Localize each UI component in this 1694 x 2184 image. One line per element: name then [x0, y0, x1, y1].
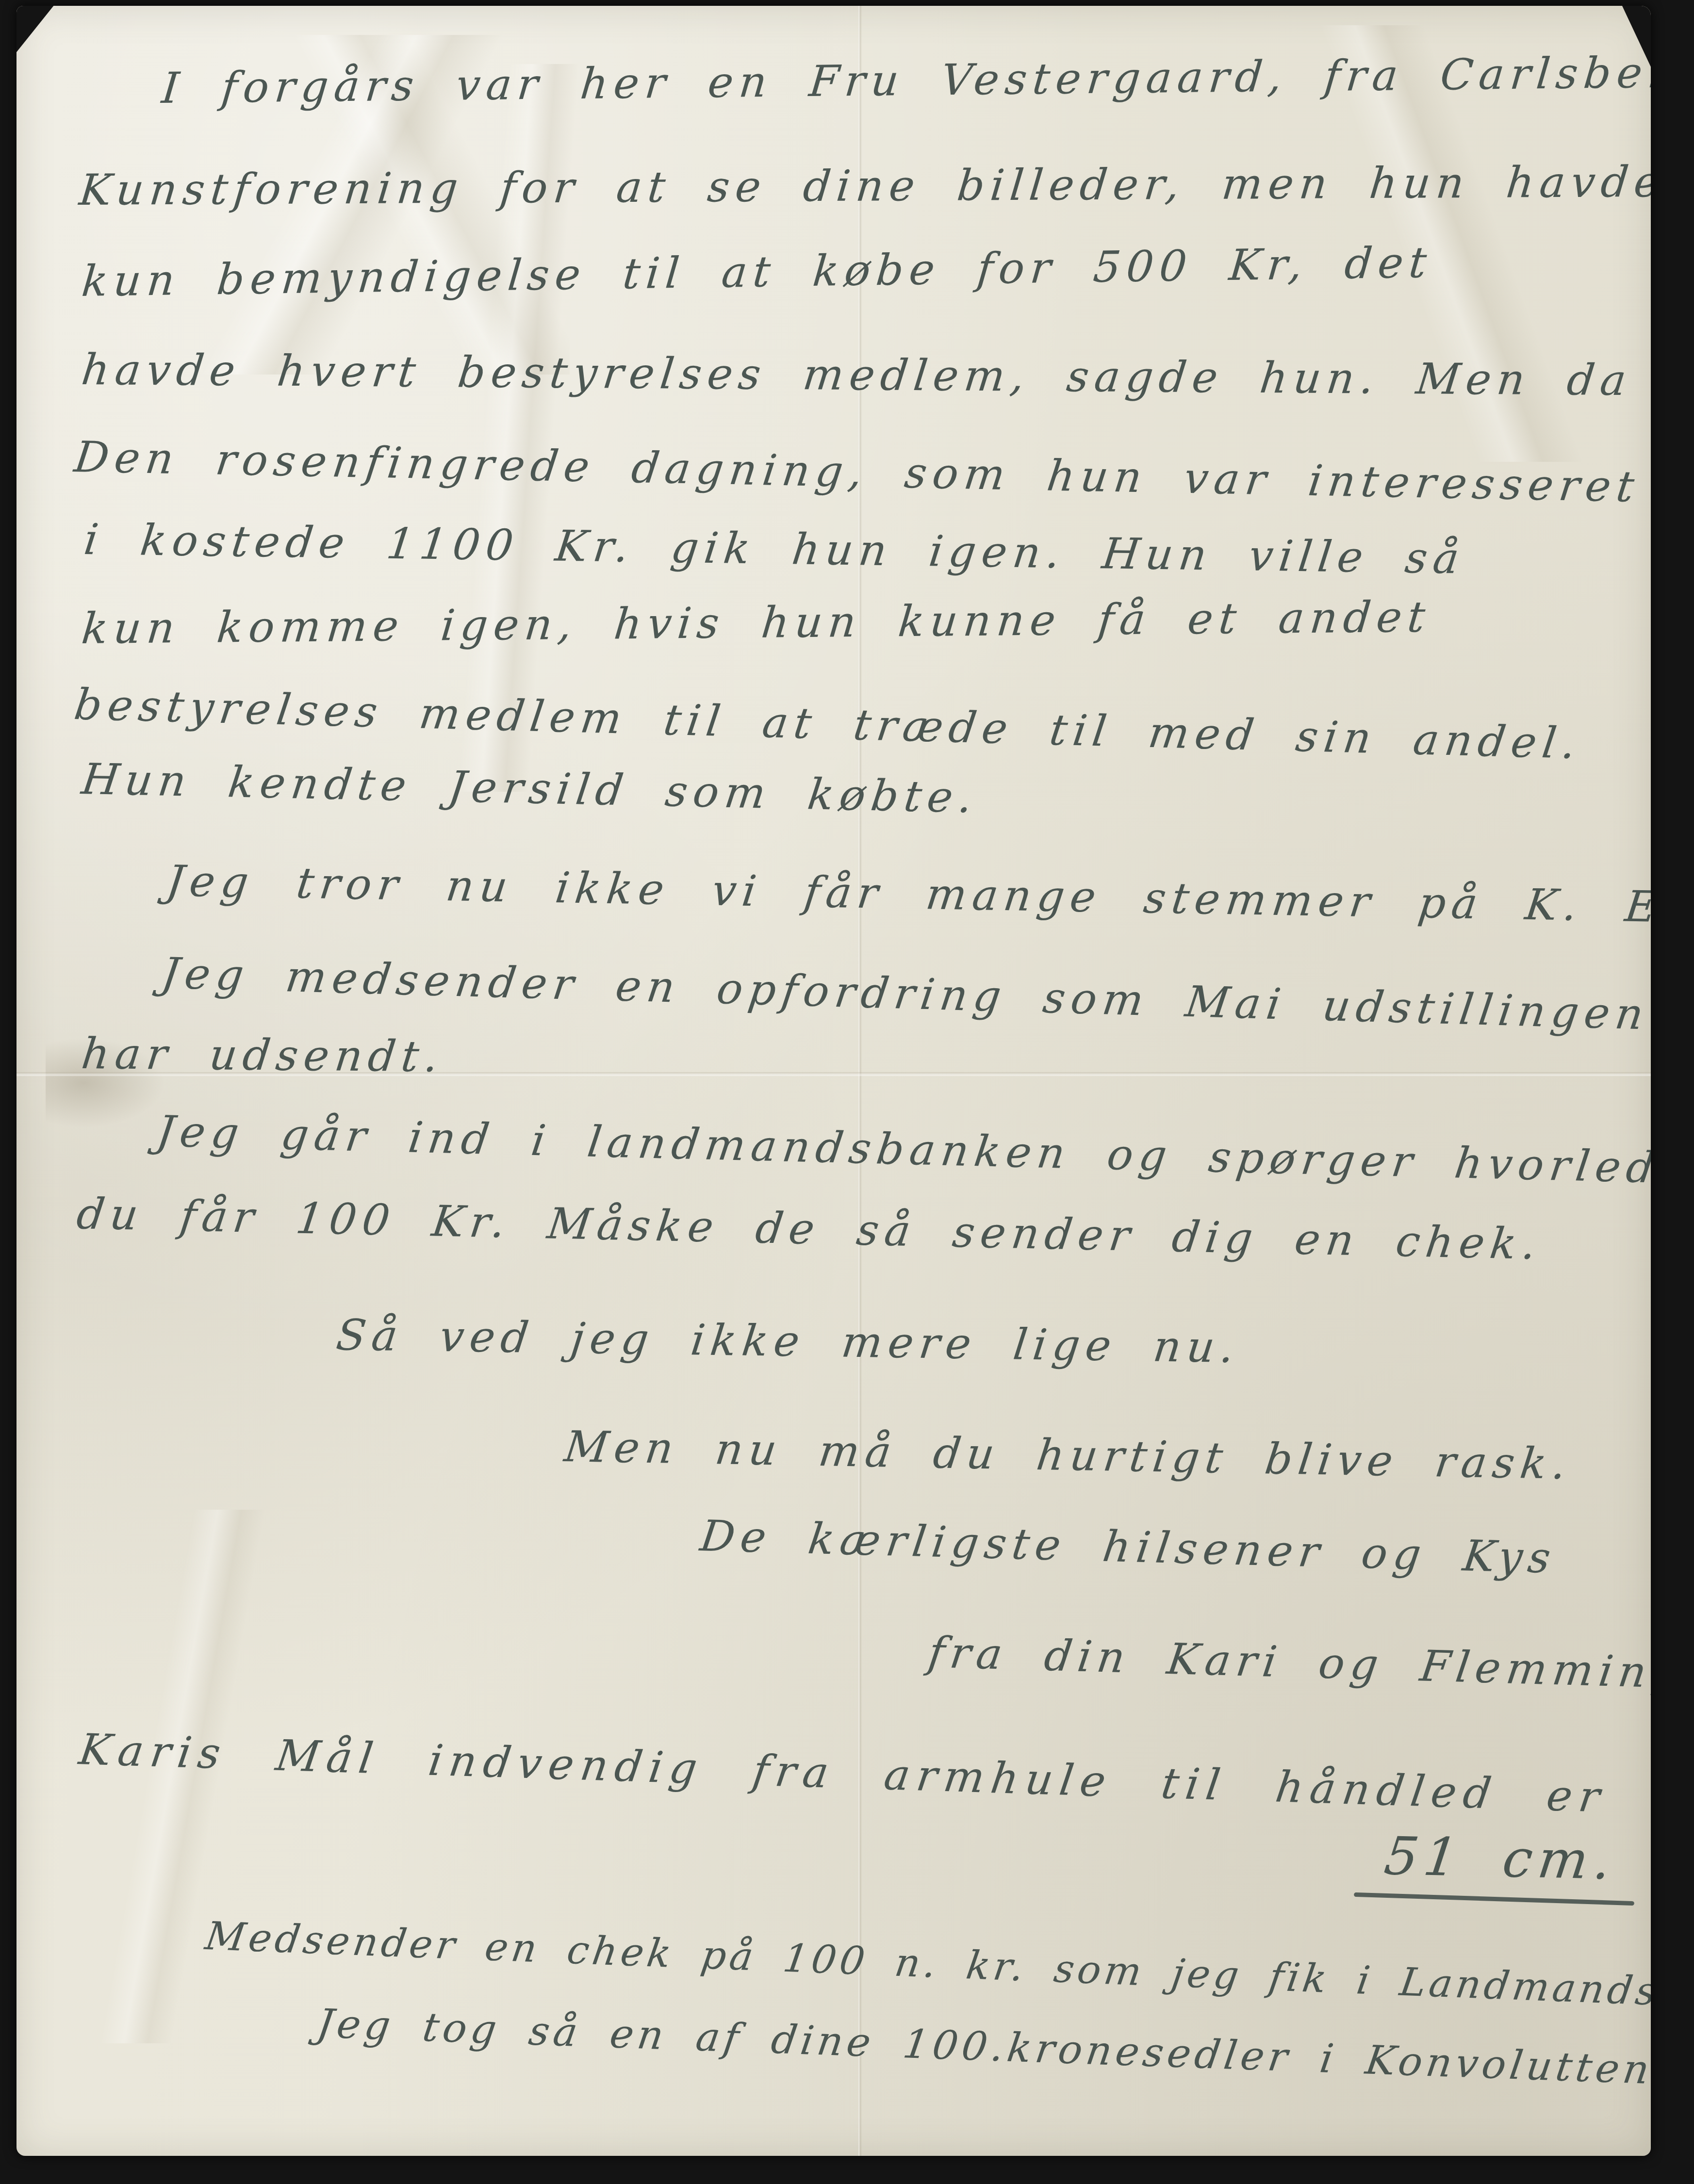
ink-underline-51cm: [1354, 1892, 1634, 1906]
letter-line: fra din Kari og Flemming: [925, 1627, 1651, 1698]
letter-paper: I forgårs var her en Fru Vestergaard, fr…: [16, 6, 1651, 2156]
letter-line: kun komme igen, hvis hun kunne få et and…: [80, 592, 1433, 653]
letter-line: Men nu må du hurtigt blive rask.: [562, 1421, 1575, 1489]
vertical-fold-crease: [858, 6, 862, 2156]
letter-line: bestyrelses medlem til at træde til med …: [71, 679, 1584, 768]
corner-fold-top-left: [16, 6, 54, 53]
letter-line: Medsender en chek på 100 n. kr. som jeg …: [202, 1913, 1651, 2016]
letter-line: har udsendt.: [79, 1028, 446, 1081]
letter-line: Jeg går ind i landmandsbanken og spørger…: [154, 1106, 1651, 1194]
letter-line: havde hvert bestyrelses medlem, sagde hu…: [79, 344, 1634, 405]
letter-line: kun bemyndigelse til at købe for 500 Kr,…: [80, 237, 1434, 306]
letter-line: De kærligste hilsener og Kys: [697, 1511, 1559, 1583]
letter-line: du får 100 Kr. Måske de så sender dig en…: [74, 1189, 1545, 1269]
scanned-letter-scene: I forgårs var her en Fru Vestergaard, fr…: [0, 0, 1694, 2184]
letter-line: Kunstforening for at se dine billeder, m…: [77, 157, 1651, 215]
letter-line: Karis Mål indvendig fra armhule til hånd…: [76, 1724, 1610, 1822]
letter-line: I forgårs var her en Fru Vestergaard, fr…: [160, 47, 1651, 113]
letter-line: Jeg tror nu ikke vi får mange stemmer på…: [164, 856, 1651, 932]
letter-line: Hun kendte Jersild som købte.: [79, 754, 981, 822]
letter-line: Den rosenfingrede dagning, som hun var i…: [72, 432, 1643, 512]
letter-line: 51 cm.: [1381, 1826, 1620, 1891]
letter-line: Jeg tog så en af dine 100.kronesedler i …: [314, 2001, 1651, 2094]
letter-line: Så ved jeg ikke mere lige nu.: [334, 1310, 1243, 1372]
letter-line: Jeg medsender en opfordring som Mai udst…: [159, 948, 1651, 1039]
letter-line: i kostede 1100 Kr. gik hun igen. Hun vil…: [82, 514, 1467, 584]
